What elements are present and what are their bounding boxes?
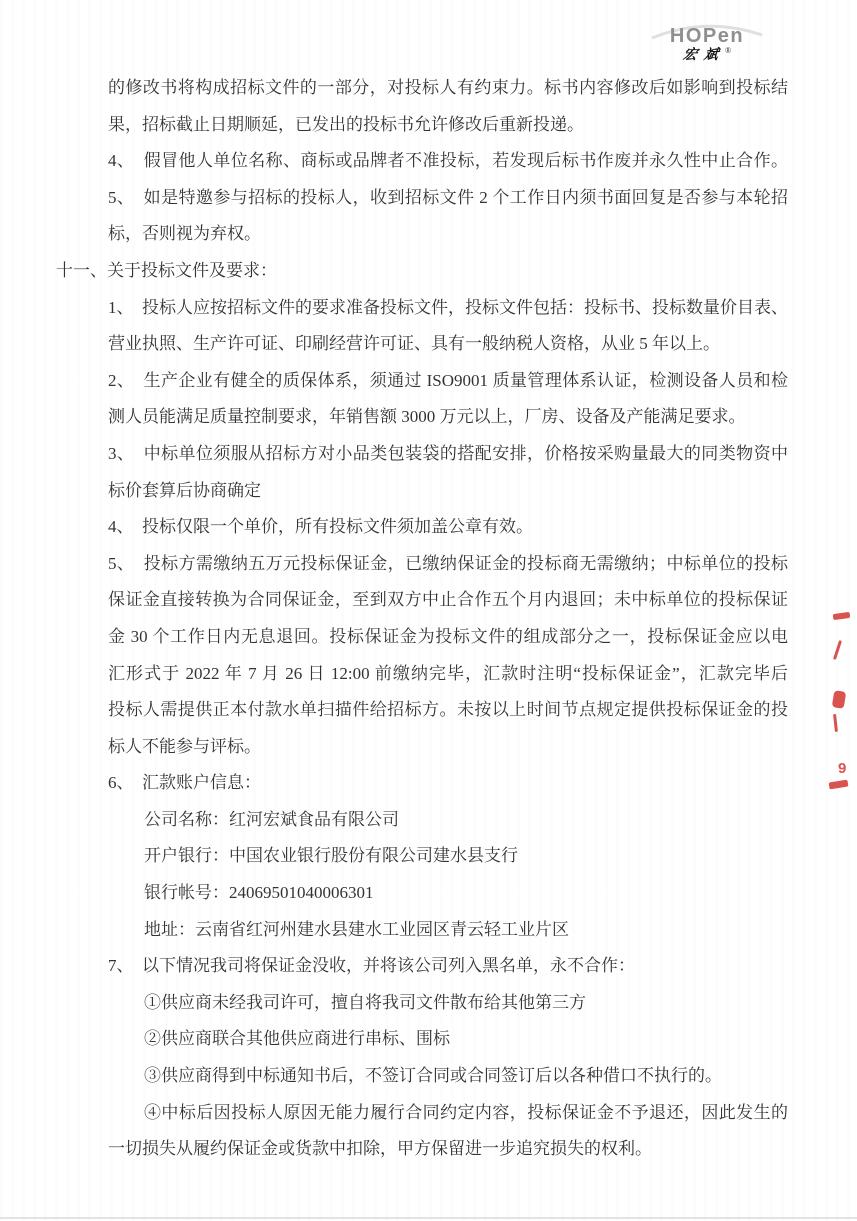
doc-line-14: 5、 投标方需缴纳五万元投标保证金，已缴纳保证金的投标商无需缴纳；中标单位的投标 bbox=[108, 546, 788, 583]
doc-line-4: 5、 如是特邀参与招标的投标人，收到招标文件 2 个工作日内须书面回复是否参与本… bbox=[108, 180, 788, 217]
red-pen-mark-1 bbox=[833, 612, 851, 620]
doc-line-26: ①供应商未经我司许可，擅自将我司文件散布给其他第三方 bbox=[144, 985, 788, 1022]
red-pen-mark-2 bbox=[833, 640, 842, 660]
hopen-logo: HOPen 宏斌® bbox=[642, 26, 772, 63]
doc-line-7: 1、 投标人应按招标文件的要求准备投标文件，投标文件包括：投标书、投标数量价目表… bbox=[108, 290, 788, 327]
doc-line-13: 4、 投标仅限一个单价，所有投标文件须加盖公章有效。 bbox=[108, 509, 788, 546]
doc-line-10: 测人员能满足质量控制要求，年销售额 3000 万元以上，厂房、设备及产能满足要求… bbox=[108, 399, 788, 436]
doc-line-30: 一切损失从履约保证金或货款中扣除，甲方保留进一步追究损失的权利。 bbox=[108, 1131, 788, 1168]
document-body: 的修改书将构成招标文件的一部分，对投标人有约束力。标书内容修改后如影响到投标结 … bbox=[108, 70, 788, 1168]
doc-line-5: 标，否则视为弃权。 bbox=[108, 216, 788, 253]
doc-line-29: ④中标后因投标人原因无能力履行合同约定内容，投标保证金不予退还，因此发生的 bbox=[144, 1095, 788, 1132]
scanned-document-page: HOPen 宏斌® 的修改书将构成招标文件的一部分，对投标人有约束力。标书内容修… bbox=[0, 0, 857, 1221]
doc-line-18: 投标人需提供正本付款水单扫描件给招标方。未按以上时间节点规定提供投标保证金的投 bbox=[108, 692, 788, 729]
red-pen-mark-3 bbox=[832, 690, 847, 709]
doc-line-27: ②供应商联合其他供应商进行串标、围标 bbox=[144, 1021, 788, 1058]
scan-bottom-edge bbox=[0, 1217, 857, 1219]
doc-line-24-address: 地址：云南省红河州建水县建水工业园区青云轻工业片区 bbox=[144, 912, 788, 949]
red-pen-digit: 9 bbox=[838, 760, 846, 777]
logo-brand-text: HOPen bbox=[642, 26, 772, 46]
doc-line-12: 标价套算后协商确定 bbox=[108, 473, 788, 510]
doc-line-17: 汇形式于 2022 年 7 月 26 日 12:00 前缴纳完毕，汇款时注明“投… bbox=[108, 656, 788, 693]
doc-line-8: 营业执照、生产许可证、印刷经营许可证、具有一般纳税人资格，从业 5 年以上。 bbox=[108, 326, 788, 363]
doc-line-19: 标人不能参与评标。 bbox=[108, 729, 788, 766]
doc-line-9: 2、 生产企业有健全的质保体系，须通过 ISO9001 质量管理体系认证，检测设… bbox=[108, 363, 788, 400]
red-pen-mark-5 bbox=[829, 780, 849, 790]
doc-line-28: ③供应商得到中标通知书后，不签订合同或合同签订后以各种借口不执行的。 bbox=[144, 1058, 788, 1095]
doc-line-21-company-name: 公司名称：红河宏斌食品有限公司 bbox=[144, 802, 788, 839]
doc-line-25: 7、 以下情况我司将保证金没收，并将该公司列入黑名单，永不合作： bbox=[108, 948, 788, 985]
doc-line-16: 金 30 个工作日内无息退回。投标保证金为投标文件的组成部分之一，投标保证金应以… bbox=[108, 619, 788, 656]
doc-line-3: 4、 假冒他人单位名称、商标或品牌者不准投标，若发现后标书作废并永久性中止合作。 bbox=[108, 143, 788, 180]
doc-line-1: 的修改书将构成招标文件的一部分，对投标人有约束力。标书内容修改后如影响到投标结 bbox=[108, 70, 788, 107]
doc-line-15: 保证金直接转换为合同保证金，至到双方中止合作五个月内退回；未中标单位的投标保证 bbox=[108, 582, 788, 619]
doc-line-6-section-heading: 十一、关于投标文件及要求： bbox=[56, 253, 788, 290]
doc-line-22-bank-name: 开户银行：中国农业银行股份有限公司建水县支行 bbox=[144, 838, 788, 875]
doc-line-20: 6、 汇款账户信息： bbox=[108, 765, 788, 802]
doc-line-2: 果，招标截止日期顺延，已发出的投标书允许修改后重新投递。 bbox=[108, 107, 788, 144]
red-pen-mark-4 bbox=[833, 714, 838, 732]
logo-brand-chinese: 宏斌 bbox=[682, 48, 727, 63]
doc-line-11: 3、 中标单位须服从招标方对小品类包装袋的搭配安排，价格按采购量最大的同类物资中 bbox=[108, 436, 788, 473]
doc-line-23-bank-account: 银行帐号：24069501040006301 bbox=[144, 875, 788, 912]
